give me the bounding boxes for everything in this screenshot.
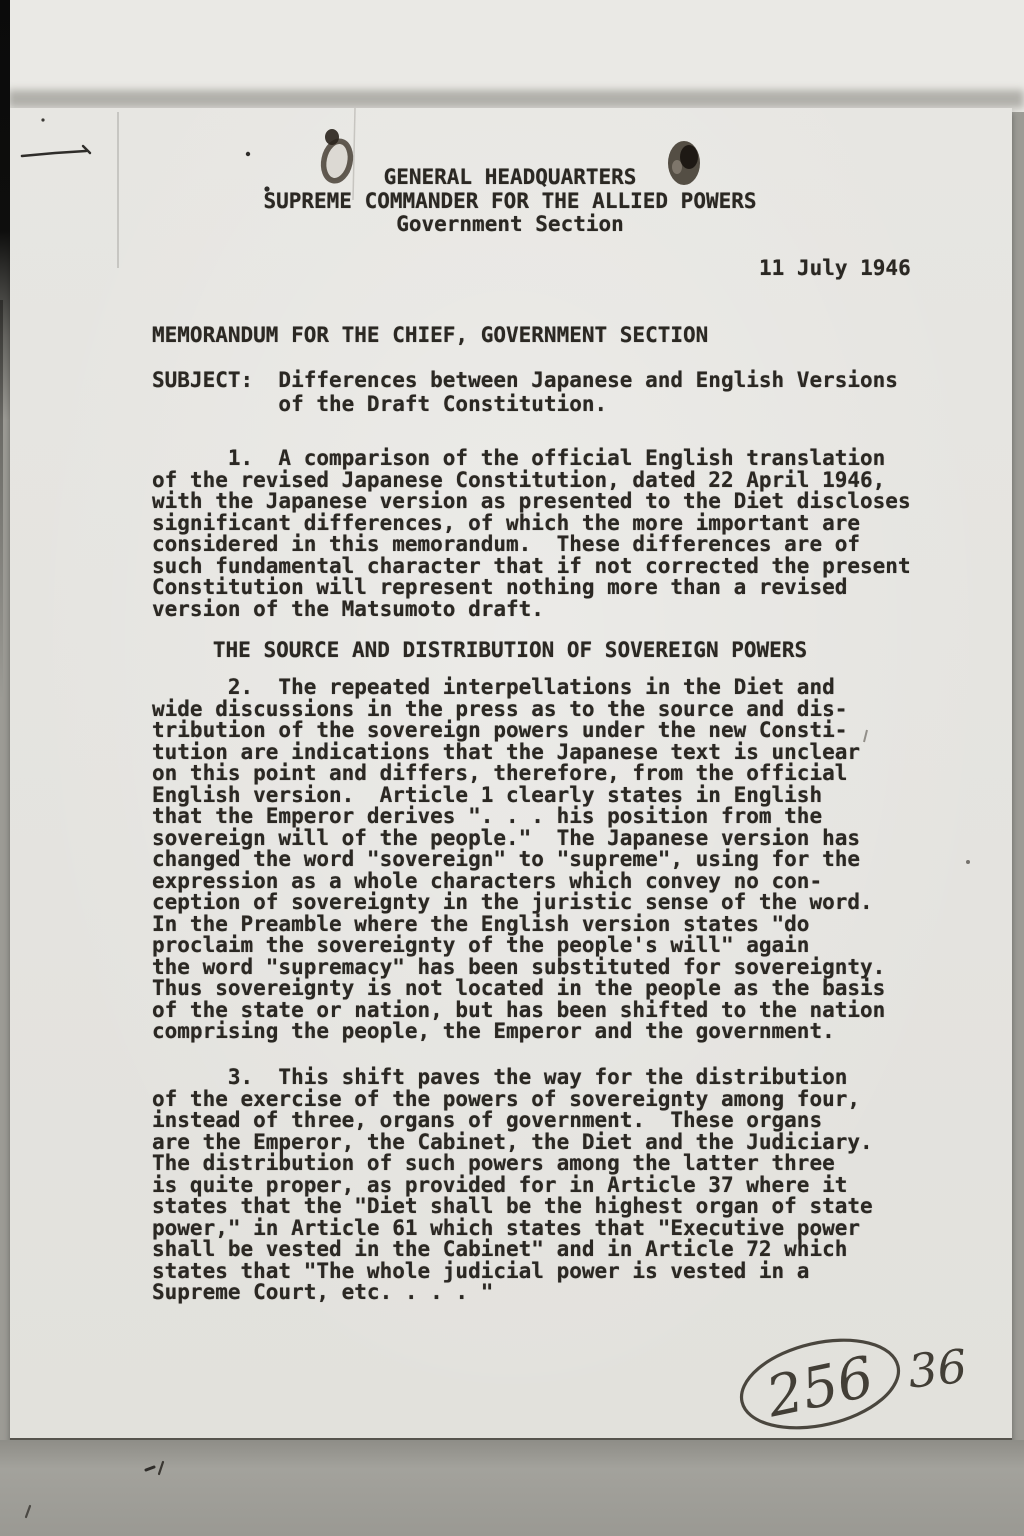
text-line: In the Preamble where the English versio… <box>152 914 885 936</box>
text-line: the word "supremacy" has been substitute… <box>152 957 885 979</box>
text-line: 2. The repeated interpellations in the D… <box>152 677 885 699</box>
text-line: such fundamental character that if not c… <box>152 556 911 578</box>
text-line: tution are indications that the Japanese… <box>152 742 885 764</box>
text-line: Supreme Court, etc. . . . " <box>152 1282 873 1304</box>
text-line: version of the Matsumoto draft. <box>152 599 911 621</box>
text-line: of the revised Japanese Constitution, da… <box>152 470 911 492</box>
section-heading: THE SOURCE AND DISTRIBUTION OF SOVEREIGN… <box>152 640 868 662</box>
paragraph-3: 3. This shift paves the way for the dist… <box>152 1067 873 1304</box>
text-line: states that "The whole judicial power is… <box>152 1261 873 1283</box>
text-line: wide discussions in the press as to the … <box>152 699 885 721</box>
text-line: GENERAL HEADQUARTERS <box>152 166 868 190</box>
text-line: considered in this memorandum. These dif… <box>152 534 911 556</box>
text-line: tribution of the sovereign powers under … <box>152 720 885 742</box>
date-line: 11 July 1946 <box>759 258 911 280</box>
subject-block: SUBJECT: Differences between Japanese an… <box>152 368 898 416</box>
text-line: states that the "Diet shall be the highe… <box>152 1196 873 1218</box>
circle-mark <box>733 1326 907 1442</box>
paragraph-1: 1. A comparison of the official English … <box>152 448 911 620</box>
page-top-edge-shadow <box>8 90 1024 108</box>
text-line: ception of sovereignty in the juristic s… <box>152 892 885 914</box>
text-line: changed the word "sovereign" to "supreme… <box>152 849 885 871</box>
text-line: is quite proper, as provided for in Arti… <box>152 1175 873 1197</box>
text-line: that the Emperor derives ". . . his posi… <box>152 806 885 828</box>
text-line: proclaim the sovereignty of the people's… <box>152 935 885 957</box>
paragraph-2: 2. The repeated interpellations in the D… <box>152 677 885 1043</box>
text-line: 3. This shift paves the way for the dist… <box>152 1067 873 1089</box>
text-line: instead of three, organs of government. … <box>152 1110 873 1132</box>
text-line: Thus sovereignty is not located in the p… <box>152 978 885 1000</box>
text-line: are the Emperor, the Cabinet, the Diet a… <box>152 1132 873 1154</box>
text-line: significant differences, of which the mo… <box>152 513 911 535</box>
scanned-document: GENERAL HEADQUARTERSSUPREME COMMANDER FO… <box>0 0 1024 1536</box>
text-line: with the Japanese version as presented t… <box>152 491 911 513</box>
text-line: of the state or nation, but has been shi… <box>152 1000 885 1022</box>
page-number: 36 <box>905 1339 969 1399</box>
text-line: expression as a whole characters which c… <box>152 871 885 893</box>
text-line: SUPREME COMMANDER FOR THE ALLIED POWERS <box>152 190 868 214</box>
handwritten-annotation: 256 36 <box>700 1318 990 1448</box>
text-line: power," in Article 61 which states that … <box>152 1218 873 1240</box>
text-line: The distribution of such powers among th… <box>152 1153 873 1175</box>
memo-page: GENERAL HEADQUARTERSSUPREME COMMANDER FO… <box>10 108 1012 1442</box>
text-line: shall be vested in the Cabinet" and in A… <box>152 1239 873 1261</box>
text-line: sovereign will of the people." The Japan… <box>152 828 885 850</box>
text-line: of the Draft Constitution. <box>152 392 898 416</box>
text-line: comprising the people, the Emperor and t… <box>152 1021 885 1043</box>
text-line: 1. A comparison of the official English … <box>152 448 911 470</box>
text-line: Constitution will represent nothing more… <box>152 577 911 599</box>
text-line: on this point and differs, therefore, fr… <box>152 763 885 785</box>
scanner-edge-strip-fade <box>0 300 3 700</box>
letterhead: GENERAL HEADQUARTERSSUPREME COMMANDER FO… <box>152 166 868 237</box>
text-line: English version. Article 1 clearly state… <box>152 785 885 807</box>
text-line: of the exercise of the powers of soverei… <box>152 1089 873 1111</box>
circled-number: 256 <box>760 1345 879 1431</box>
text-line: SUBJECT: Differences between Japanese an… <box>152 368 898 392</box>
backing-below-page <box>0 1440 1024 1536</box>
text-line: Government Section <box>152 213 868 237</box>
memo-title: MEMORANDUM FOR THE CHIEF, GOVERNMENT SEC… <box>152 325 708 347</box>
